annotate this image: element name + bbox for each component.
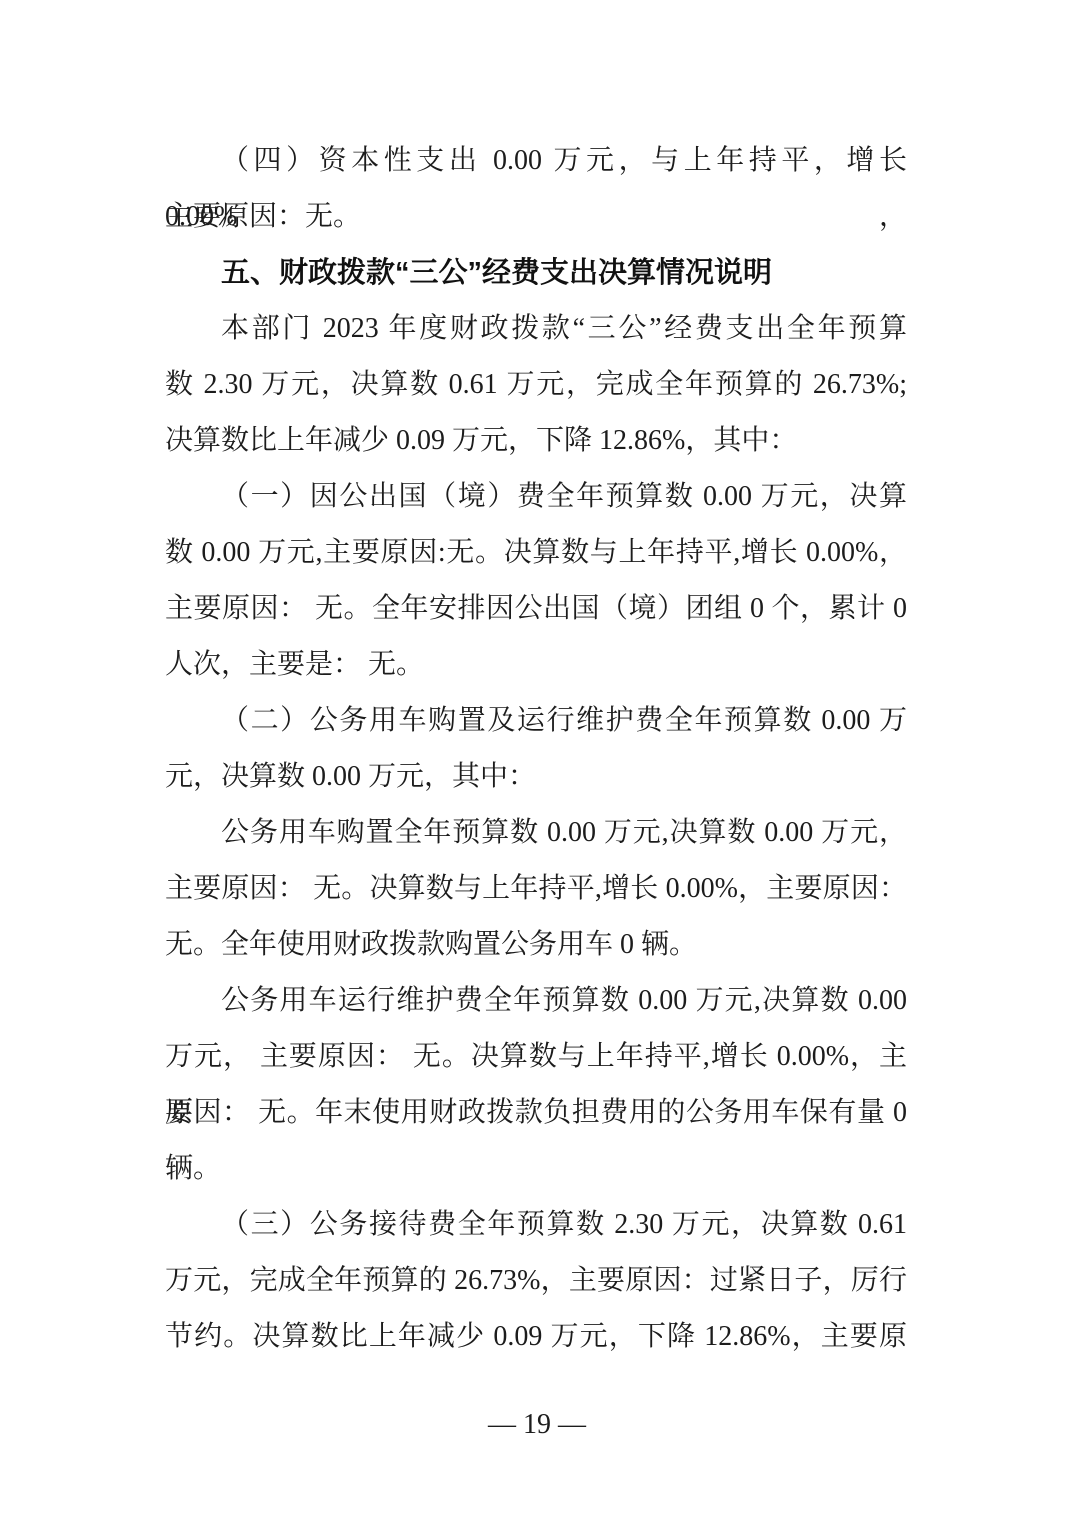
para-reception-expense-line2: 万元，完成全年预算的 26.73%，主要原因：过紧日子，厉行 — [165, 1253, 907, 1309]
para-vehicle-purchase-line2: 主要原因： 无。决算数与上年持平,增长 0.00%，主要原因： — [165, 861, 907, 917]
para-abroad-expense-line3: 主要原因： 无。全年安排因公出国（境）团组 0 个，累计 0 — [165, 581, 907, 637]
para-abroad-expense-line4: 人次，主要是： 无。 — [165, 637, 907, 693]
para-vehicle-purchase-line3: 无。全年使用财政拨款购置公务用车 0 辆。 — [165, 917, 907, 973]
page-number: — 19 — — [488, 1409, 586, 1440]
para-reception-expense-line1: （三）公务接待费全年预算数 2.30 万元，决算数 0.61 — [165, 1197, 907, 1253]
para-vehicle-maintenance-line1: 公务用车运行维护费全年预算数 0.00 万元,决算数 0.00 — [165, 973, 907, 1029]
document-body: （四）资本性支出 0.00 万元，与上年持平，增长 0.00%， 主要原因：无。… — [165, 133, 907, 1365]
para-abroad-expense-line2: 数 0.00 万元,主要原因:无。决算数与上年持平,增长 0.00%， — [165, 525, 907, 581]
document-page: （四）资本性支出 0.00 万元，与上年持平，增长 0.00%， 主要原因：无。… — [0, 0, 1074, 1520]
para-vehicle-maintenance-line2: 万元， 主要原因： 无。决算数与上年持平,增长 0.00%，主要 — [165, 1029, 907, 1085]
page-footer: — 19 — — [0, 1408, 1074, 1442]
para-overview-line1: 本部门 2023 年度财政拨款“三公”经费支出全年预算 — [165, 301, 907, 357]
para-reception-expense-line3: 节约。决算数比上年减少 0.09 万元，下降 12.86%，主要原 — [165, 1309, 907, 1365]
para-overview-line2: 数 2.30 万元，决算数 0.61 万元，完成全年预算的 26.73%; — [165, 357, 907, 413]
para-vehicle-expense-line2: 元，决算数 0.00 万元，其中： — [165, 749, 907, 805]
para-vehicle-expense-line1: （二）公务用车购置及运行维护费全年预算数 0.00 万 — [165, 693, 907, 749]
para-overview-line3: 决算数比上年减少 0.09 万元，下降 12.86%，其中： — [165, 413, 907, 469]
para-vehicle-purchase-line1: 公务用车购置全年预算数 0.00 万元,决算数 0.00 万元， — [165, 805, 907, 861]
para-vehicle-maintenance-line4: 辆。 — [165, 1141, 907, 1197]
para-vehicle-maintenance-line3: 原因： 无。年末使用财政拨款负担费用的公务用车保有量 0 — [165, 1085, 907, 1141]
para-abroad-expense-line1: （一）因公出国（境）费全年预算数 0.00 万元，决算 — [165, 469, 907, 525]
para-capital-expense-line1: （四）资本性支出 0.00 万元，与上年持平，增长 0.00%， — [165, 133, 907, 189]
section-heading-three-public-funds: 五、财政拨款“三公”经费支出决算情况说明 — [165, 245, 907, 301]
